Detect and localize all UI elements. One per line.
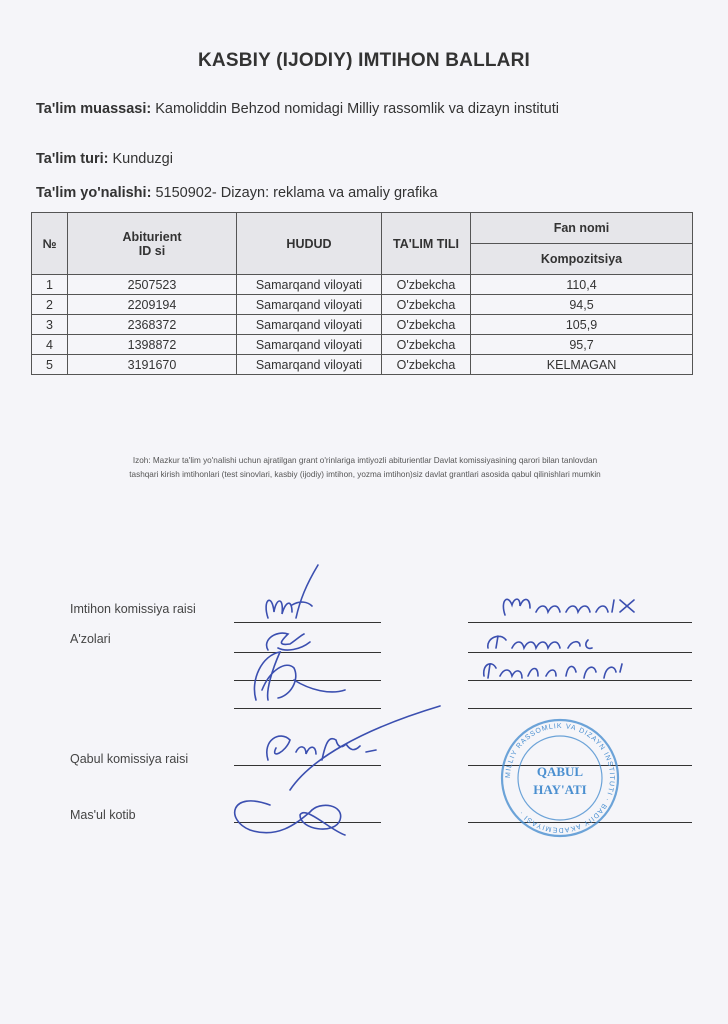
handwritten-name-3: [484, 664, 622, 678]
field-value: 5150902- Dizayn: reklama va amaliy grafi…: [155, 185, 437, 201]
field-value: Kamoliddin Behzod nomidagi Milliy rassom…: [155, 101, 559, 117]
exam-chair-signature: [266, 565, 318, 618]
note: Izoh: Mazkur ta'lim yo'nalishi uchun ajr…: [40, 454, 690, 482]
signature-line: [234, 622, 381, 623]
cell-til: O'zbekcha: [382, 355, 471, 375]
admission-chair-label: Qabul komissiya raisi: [70, 752, 188, 766]
header-id-line2: ID si: [68, 244, 236, 258]
cell-no: 5: [32, 355, 68, 375]
cell-id: 3191670: [68, 355, 237, 375]
cell-score: 94,5: [471, 295, 693, 315]
cell-no: 1: [32, 275, 68, 295]
field-study-type: Ta'lim turi: Kunduzgi: [36, 151, 173, 167]
cell-score: 95,7: [471, 335, 693, 355]
header-no: №: [32, 213, 68, 275]
cell-til: O'zbekcha: [382, 295, 471, 315]
admission-chair-signature: [267, 706, 440, 790]
stamp-center-line-1: QABUL: [537, 764, 584, 779]
stamp-center-line-2: HAY'ATI: [533, 782, 586, 797]
field-direction: Ta'lim yo'nalishi: 5150902- Dizayn: rekl…: [36, 185, 438, 201]
signature-line: [234, 708, 381, 709]
header-subject-name: Fan nomi: [471, 213, 693, 244]
table-row: 53191670Samarqand viloyatiO'zbekchaKELMA…: [32, 355, 693, 375]
header-applicant-id: Abiturient ID si: [68, 213, 237, 275]
document-page: KASBIY (IJODIY) IMTIHON BALLARI Ta'lim m…: [0, 0, 728, 1024]
cell-til: O'zbekcha: [382, 275, 471, 295]
member-signature-2: [254, 652, 345, 700]
table-row: 12507523Samarqand viloyatiO'zbekcha110,4: [32, 275, 693, 295]
stamp-inner-ring: [518, 736, 602, 820]
cell-til: O'zbekcha: [382, 335, 471, 355]
header-region: HUDUD: [237, 213, 382, 275]
signature-line: [234, 822, 381, 823]
signature-line: [234, 652, 381, 653]
scores-table: № Abiturient ID si HUDUD TA'LIM TILI Fan…: [31, 212, 693, 375]
name-line: [468, 708, 692, 709]
exam-chair-label: Imtihon komissiya raisi: [70, 602, 196, 616]
field-label: Ta'lim muassasi:: [36, 101, 151, 117]
cell-score: 110,4: [471, 275, 693, 295]
handwritten-name-1: [503, 599, 634, 615]
note-line-1: Izoh: Mazkur ta'lim yo'nalishi uchun ajr…: [40, 454, 690, 468]
field-label: Ta'lim yo'nalishi:: [36, 185, 151, 201]
name-line: [468, 765, 692, 766]
field-value: Kunduzgi: [113, 151, 173, 167]
official-stamp: MILLIY RASSOMLIK VA DIZAYN INSTITUTI · B…: [502, 720, 618, 836]
note-line-2: tashqari kirish imtihonlari (test sinovl…: [40, 468, 690, 482]
name-line: [468, 622, 692, 623]
cell-no: 2: [32, 295, 68, 315]
handwritten-name-2: [488, 636, 592, 648]
cell-id: 2368372: [68, 315, 237, 335]
page-title: KASBIY (IJODIY) IMTIHON BALLARI: [0, 50, 728, 72]
name-line: [468, 652, 692, 653]
cell-hudud: Samarqand viloyati: [237, 275, 382, 295]
signature-line: [234, 680, 381, 681]
cell-id: 2209194: [68, 295, 237, 315]
cell-til: O'zbekcha: [382, 315, 471, 335]
secretary-signature: [235, 801, 345, 835]
cell-hudud: Samarqand viloyati: [237, 355, 382, 375]
members-label: A'zolari: [70, 632, 111, 646]
cell-hudud: Samarqand viloyati: [237, 295, 382, 315]
cell-score: 105,9: [471, 315, 693, 335]
cell-id: 2507523: [68, 275, 237, 295]
header-subject: Kompozitsiya: [471, 244, 693, 275]
field-label: Ta'lim turi:: [36, 151, 108, 167]
cell-hudud: Samarqand viloyati: [237, 335, 382, 355]
header-id-line1: Abiturient: [68, 230, 236, 244]
cell-score: KELMAGAN: [471, 355, 693, 375]
table-row: 32368372Samarqand viloyatiO'zbekcha105,9: [32, 315, 693, 335]
table-row: 22209194Samarqand viloyatiO'zbekcha94,5: [32, 295, 693, 315]
cell-no: 4: [32, 335, 68, 355]
secretary-label: Mas'ul kotib: [70, 808, 136, 822]
cell-hudud: Samarqand viloyati: [237, 315, 382, 335]
field-institution: Ta'lim muassasi: Kamoliddin Behzod nomid…: [36, 101, 559, 117]
stamp-outer-ring: [502, 720, 618, 836]
name-line: [468, 822, 692, 823]
signature-line: [234, 765, 381, 766]
member-signature-1: [267, 633, 310, 650]
table-row: 41398872Samarqand viloyatiO'zbekcha95,7: [32, 335, 693, 355]
cell-id: 1398872: [68, 335, 237, 355]
handwritten-signatures: [235, 565, 634, 835]
header-language: TA'LIM TILI: [382, 213, 471, 275]
cell-no: 3: [32, 315, 68, 335]
stamp-ring-text: MILLIY RASSOMLIK VA DIZAYN INSTITUTI · B…: [505, 723, 615, 833]
name-line: [468, 680, 692, 681]
